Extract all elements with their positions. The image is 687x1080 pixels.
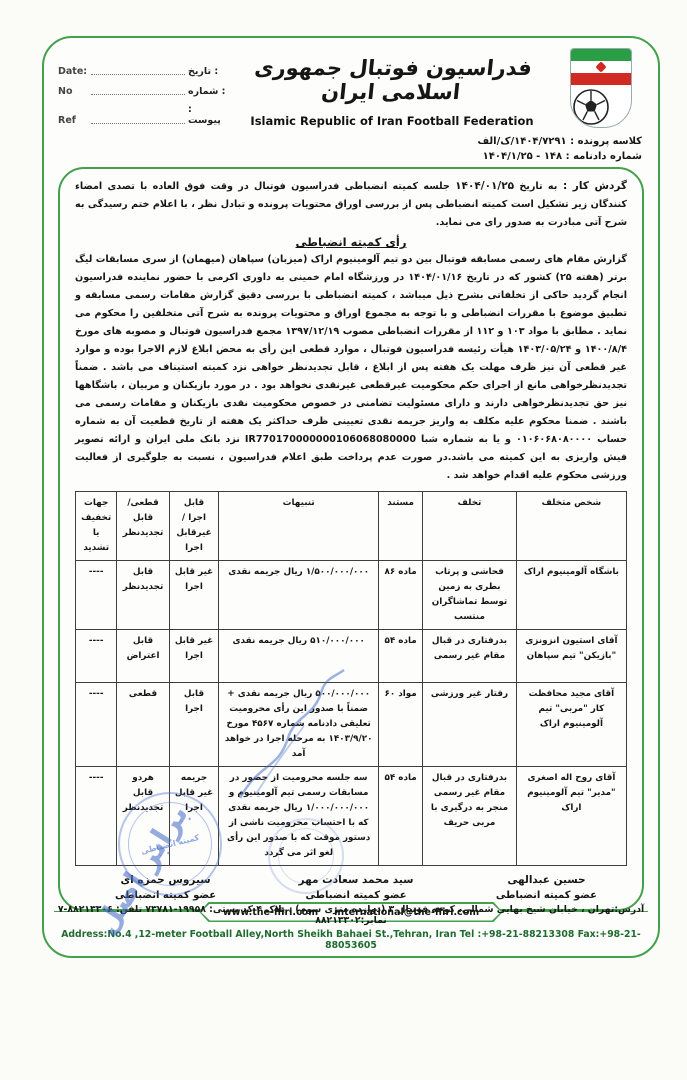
- address-fa: آدرس:تهران ، خیابان شیخ بهایی شمالی، کوچ…: [44, 904, 658, 926]
- outer-border: Date: : تاریخ No : شماره Ref : پیوست فدر…: [42, 36, 660, 958]
- violations-table-body: باشگاه آلومینیوم اراکفحاشی و پرتاب بطری …: [76, 561, 627, 866]
- cell-penalty: ۵۱۰/۰۰۰/۰۰۰ ریال جریمه نقدی: [219, 630, 379, 683]
- iran-flag-icon: [571, 49, 631, 85]
- cell-penalty: ۵۰۰/۰۰۰/۰۰۰ ریال جریمه نقدی + ضمناً با ص…: [219, 683, 379, 767]
- cell-offender: آقای مجید محافظت کار "مربی" تیم آلومینیو…: [516, 683, 626, 767]
- cell-mitigation: ----: [76, 561, 117, 630]
- cell-violation: بدرفتاری در قبال مقام غیر رسمی: [423, 630, 517, 683]
- cell-violation: بدرفتاری در قبال مقام غیر رسمی منجر به د…: [423, 767, 517, 866]
- cell-evidence: ماده ۵۴: [379, 630, 423, 683]
- document-page: Date: : تاریخ No : شماره Ref : پیوست فدر…: [0, 0, 687, 1080]
- table-row: آقای مجید محافظت کار "مربی" تیم آلومینیو…: [76, 683, 627, 767]
- cell-finality: قطعی: [117, 683, 169, 767]
- ruling-paragraph: گزارش مقام های رسمی مسابقه فوتبال بین دو…: [75, 251, 627, 485]
- date-label-en: Date:: [58, 66, 88, 77]
- date-field-row: Date: : تاریخ: [58, 64, 226, 77]
- number-blank-line: [91, 84, 185, 95]
- procedure-paragraph: گردش کار : به تاریخ ۱۴۰۴/۰۱/۲۵ جلسه کمیت…: [75, 177, 627, 232]
- date-label-fa: : تاریخ: [188, 66, 226, 77]
- cell-enforce: قابل اجرا: [169, 683, 219, 767]
- signer-name: حسین عبدالهی: [496, 874, 597, 886]
- ref-blank-line: [91, 113, 185, 124]
- col-evidence: مستند: [379, 492, 423, 561]
- signature-member-2: سید محمد سعادت مهر عضو کمیته انضباطی: [299, 874, 414, 901]
- cell-offender: آقای روح اله اصغری "مدیر" تیم آلومینیوم …: [516, 767, 626, 866]
- cell-offender: باشگاه آلومینیوم اراک: [516, 561, 626, 630]
- verdict-number: شماره دادنامه : ۱۴۸ - ۱۴۰۴/۱/۲۵: [60, 149, 642, 164]
- signer-name: سیروس حمزه ای: [115, 874, 216, 886]
- cell-finality: هردو قابل تجدیدنظر: [117, 767, 169, 866]
- signer-role: عضو کمیته انضباطی: [115, 890, 216, 901]
- federation-title-en: Islamic Republic of Iran Football Federa…: [226, 114, 558, 128]
- date-no-ref-fields: Date: : تاریخ No : شماره Ref : پیوست: [58, 48, 226, 133]
- table-row: آقای استیون انزونزی "بازیکن" تیم سپاهانب…: [76, 630, 627, 683]
- number-label-en: No: [58, 86, 88, 97]
- col-penalty: تنبیهات: [219, 492, 379, 561]
- signer-name: سید محمد سعادت مهر: [299, 874, 414, 886]
- soccer-ball-icon: [571, 87, 611, 127]
- violations-table-header: شخص متخلف تخلف مستند تنبیهات قابل اجرا /…: [76, 492, 627, 561]
- cell-evidence: ماده ۸۶: [379, 561, 423, 630]
- number-field-row: No : شماره: [58, 84, 226, 97]
- signer-role: عضو کمیته انضباطی: [299, 890, 414, 901]
- signature-member-1: حسین عبدالهی عضو کمیته انضباطی: [496, 874, 597, 901]
- iran-flag-football-icon: [570, 48, 632, 128]
- cell-evidence: مواد ۶۰: [379, 683, 423, 767]
- table-row: آقای روح اله اصغری "مدیر" تیم آلومینیوم …: [76, 767, 627, 866]
- cell-violation: فحاشی و پرتاب بطری به زمین توسط تماشاگرا…: [423, 561, 517, 630]
- cell-mitigation: ----: [76, 767, 117, 866]
- table-row: باشگاه آلومینیوم اراکفحاشی و پرتاب بطری …: [76, 561, 627, 630]
- letterhead: Date: : تاریخ No : شماره Ref : پیوست فدر…: [58, 48, 644, 132]
- federation-logo: [558, 48, 644, 128]
- cell-penalty: سه جلسه محرومیت از حضور در مسابقات رسمی …: [219, 767, 379, 866]
- case-file-number: کلاسه پرونده : ۱۴۰۴/۷۲۹۱/ک/الف: [60, 134, 642, 149]
- col-mitigation: جهات تخفیف یا تشدید: [76, 492, 117, 561]
- cell-enforce: غیر قابل اجرا: [169, 561, 219, 630]
- col-enforceability: قابل اجرا /غیرقابل اجرا: [169, 492, 219, 561]
- col-finality: قطعی/قابل تجدیدنظر: [117, 492, 169, 561]
- case-numbers: کلاسه پرونده : ۱۴۰۴/۷۲۹۱/ک/الف شماره داد…: [58, 132, 644, 164]
- cell-finality: قابل اعتراض: [117, 630, 169, 683]
- col-violation: تخلف: [423, 492, 517, 561]
- ref-label-en: Ref: [58, 115, 88, 126]
- ref-field-row: Ref : پیوست: [58, 104, 226, 126]
- cell-violation: رفتار غیر ورزشی: [423, 683, 517, 767]
- federation-title-fa: فدراسیون فوتبال جمهوری اسلامی ایران: [223, 56, 560, 104]
- ruling-heading: رأی کمیته انضباطی: [75, 235, 627, 249]
- col-offender: شخص متخلف: [516, 492, 626, 561]
- number-label-fa: : شماره: [188, 86, 226, 97]
- signature-member-3: سیروس حمزه ای عضو کمیته انضباطی: [115, 874, 216, 901]
- signature-row-1: حسین عبدالهی عضو کمیته انضباطی سید محمد …: [75, 874, 627, 901]
- cell-mitigation: ----: [76, 630, 117, 683]
- cell-mitigation: ----: [76, 683, 117, 767]
- violations-table: شخص متخلف تخلف مستند تنبیهات قابل اجرا /…: [75, 491, 627, 866]
- ruling-box: گردش کار : به تاریخ ۱۴۰۴/۰۱/۲۵ جلسه کمیت…: [58, 167, 644, 911]
- cell-offender: آقای استیون انزونزی "بازیکن" تیم سپاهان: [516, 630, 626, 683]
- cell-enforce: غیر قابل اجرا: [169, 630, 219, 683]
- ref-label-fa: : پیوست: [188, 104, 226, 126]
- cell-penalty: ۱/۵۰۰/۰۰۰/۰۰۰ ریال جریمه نقدی: [219, 561, 379, 630]
- cell-evidence: ماده ۵۴: [379, 767, 423, 866]
- federation-titles: فدراسیون فوتبال جمهوری اسلامی ایران Isla…: [226, 48, 558, 128]
- address-block: آدرس:تهران ، خیابان شیخ بهایی شمالی، کوچ…: [44, 904, 658, 951]
- cell-enforce: جریمه غیر قابل اجرا: [169, 767, 219, 866]
- signer-role: عضو کمیته انضباطی: [496, 890, 597, 901]
- date-blank-line: [91, 64, 185, 75]
- cell-finality: قابل تجدیدنظر: [117, 561, 169, 630]
- address-en: Address:No.4 ,12-meter Football Alley,No…: [44, 929, 658, 951]
